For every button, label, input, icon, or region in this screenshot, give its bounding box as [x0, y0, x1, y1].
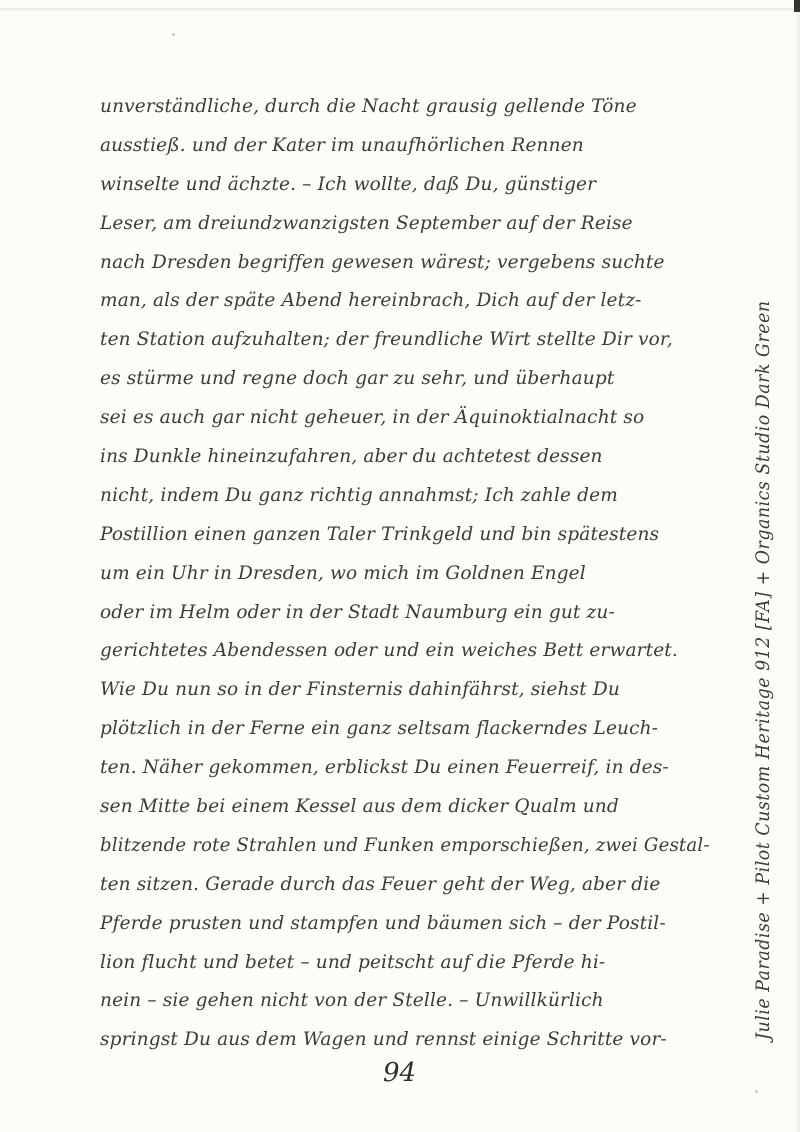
text-line: ten sitzen. Gerade durch das Feuer geht … — [100, 866, 710, 905]
text-line: springst Du aus dem Wagen und rennst ein… — [100, 1021, 710, 1060]
text-line: Leser, am dreiundzwanzigsten September a… — [100, 205, 710, 244]
text-line: lion flucht und betet – und peitscht auf… — [100, 944, 710, 983]
page-number: 94 — [383, 1058, 416, 1088]
text-line: ausstieß. und der Kater im unaufhörliche… — [100, 127, 710, 166]
text-line: blitzende rote Strahlen und Funken empor… — [100, 827, 699, 866]
text-line: man, als der späte Abend hereinbrach, Di… — [100, 282, 710, 321]
text-line: winselte und ächzte. – Ich wollte, daß D… — [100, 166, 710, 205]
text-line: nicht, indem Du ganz richtig annahmst; I… — [100, 477, 710, 516]
handwritten-text-block: unverständliche, durch die Nacht grausig… — [100, 88, 710, 1060]
manuscript-page: unverständliche, durch die Nacht grausig… — [0, 0, 800, 1132]
text-line: nach Dresden begriffen gewesen wärest; v… — [100, 244, 710, 283]
scan-speck — [172, 33, 175, 36]
scan-speck — [755, 1090, 758, 1093]
text-line: gerichtetes Abendessen oder und ein weic… — [100, 632, 710, 671]
text-line: um ein Uhr in Dresden, wo mich im Goldne… — [100, 555, 710, 594]
text-line: ten Station aufzuhalten; der freundliche… — [100, 321, 710, 360]
text-line: sen Mitte bei einem Kessel aus dem dicke… — [100, 788, 710, 827]
scan-top-edge — [0, 8, 800, 11]
text-line: nein – sie gehen nicht von der Stelle. –… — [100, 982, 710, 1021]
text-line: unverständliche, durch die Nacht grausig… — [100, 88, 710, 127]
text-line: ins Dunkle hineinzufahren, aber du achte… — [100, 438, 710, 477]
text-line: sei es auch gar nicht geheuer, in der Äq… — [100, 399, 710, 438]
text-line: ten. Näher gekommen, erblickst Du einen … — [100, 749, 710, 788]
scan-corner-mark — [794, 0, 800, 12]
text-line: Postillion einen ganzen Taler Trinkgeld … — [100, 516, 710, 555]
margin-note-pen-ink: Julie Paradise + Pilot Custom Heritage 9… — [752, 300, 774, 1040]
text-line: Pferde prusten und stampfen und bäumen s… — [100, 905, 710, 944]
text-line: oder im Helm oder in der Stadt Naumburg … — [100, 594, 710, 633]
text-line: plötzlich in der Ferne ein ganz seltsam … — [100, 710, 710, 749]
text-line: Wie Du nun so in der Finsternis dahinfäh… — [100, 671, 710, 710]
text-line: es stürme und regne doch gar zu sehr, un… — [100, 360, 710, 399]
